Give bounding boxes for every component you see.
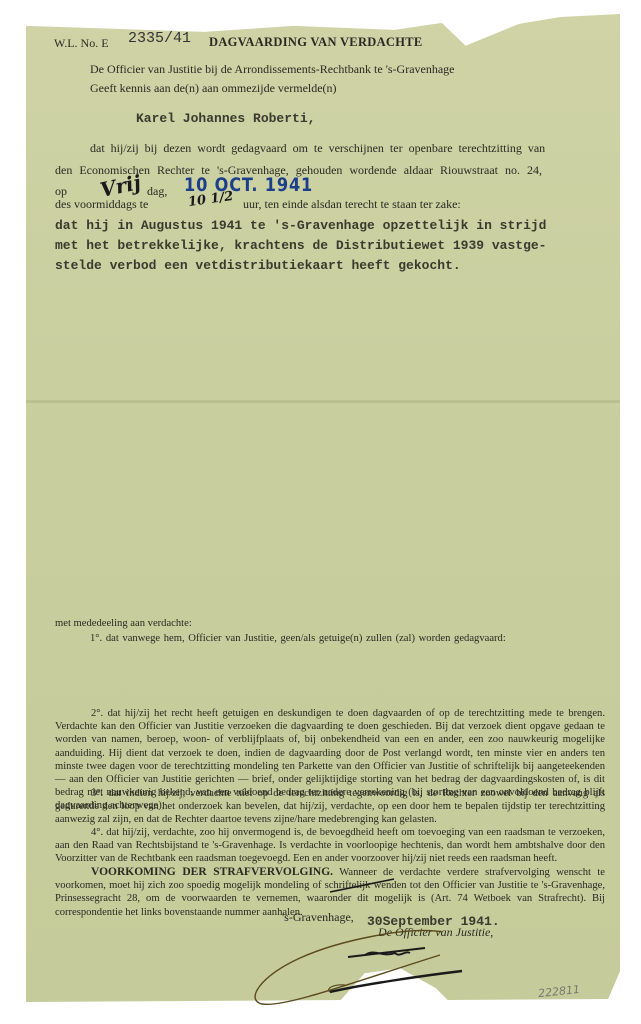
signature (0, 0, 641, 1024)
